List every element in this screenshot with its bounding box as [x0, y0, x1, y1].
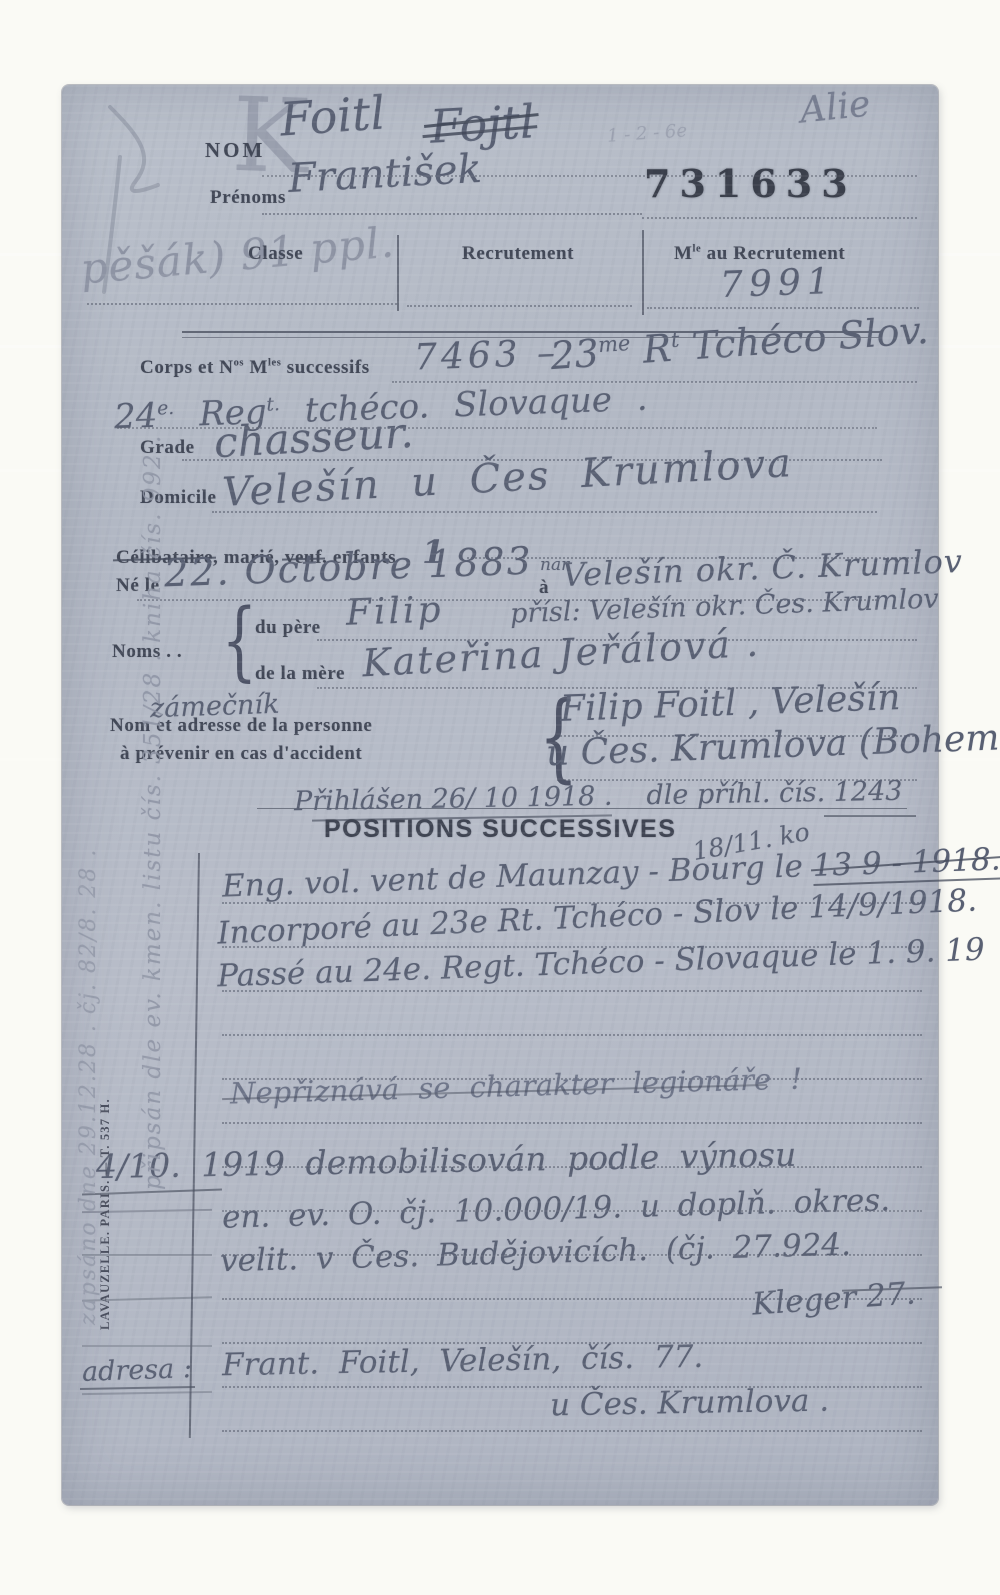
recrutement-label: Recrutement: [462, 243, 574, 265]
label-part: M: [244, 357, 268, 378]
label-part: successifs: [281, 357, 369, 378]
matricule-stamp: 731633: [644, 161, 857, 206]
entry-date-struck: 13 9 - 1918.: [812, 841, 1000, 886]
label-sup: les: [268, 358, 281, 369]
registration-note: Přihlášen 26/ 10 1918 .dle příhl. čís. 1…: [294, 776, 903, 818]
pere-value: Filip: [345, 589, 444, 633]
hw-part: Tchéco Slov.: [678, 308, 930, 369]
mere-label: de la mère: [255, 663, 345, 685]
signature: Kleger 27.: [751, 1275, 917, 1322]
demob-line-3: velit. v Čes. Budějovicích. (čj. 27.924.: [220, 1227, 852, 1280]
surname-struck: Fojtl: [429, 94, 536, 153]
ruled-line: [262, 213, 642, 215]
brace: {: [222, 591, 258, 691]
positions-successives-title: POSITIONS SUCCESSIVES: [324, 815, 676, 844]
label-part: M: [674, 243, 693, 264]
column-divider: [642, 230, 644, 315]
registration-number: dle příhl. čís. 1243: [646, 776, 903, 811]
column-divider: [397, 235, 399, 311]
record-card: K NOM Foitl Fojtl Alie 1 - 2 - 6e Prénom…: [62, 85, 938, 1505]
nom-label: NOM: [205, 138, 265, 163]
ruled-line: [222, 1430, 922, 1432]
ruled-line: [407, 305, 632, 307]
corps-regiment-handwritten: 23me Rt Tchéco Slov.: [549, 308, 930, 378]
label-sup: le: [693, 244, 702, 255]
corner-annotation: Alie: [798, 83, 872, 131]
hw-sup: me: [597, 331, 631, 357]
ruled-line: [642, 217, 917, 219]
classe-label: Classe: [248, 243, 303, 265]
label-sup: os: [234, 358, 244, 369]
firstname-handwritten: František: [287, 146, 483, 202]
prenoms-label: Prénoms: [210, 187, 286, 209]
margin-dash: [82, 1345, 212, 1347]
hand-underline: [824, 815, 916, 817]
hw-part: R: [629, 326, 673, 373]
adresa-label: adresa :: [81, 1353, 192, 1388]
pere-label: du père: [255, 617, 321, 639]
margin-dash: [82, 1391, 212, 1395]
adresa-value-1: Frant. Foitl, Velešín, čís. 77.: [222, 1339, 704, 1383]
demob-line-1: 4/10. 1919 demobilisován podle výnosu: [96, 1135, 797, 1186]
printer-mark: LAVAUZELLE. PARIS. — T. 537 H.: [98, 1085, 113, 1330]
ruled-line: [222, 1122, 922, 1124]
matricule-recrutement-value: 7991: [719, 261, 836, 306]
adresa-value-2: u Čes. Krumlova .: [550, 1383, 830, 1424]
ruled-line: [647, 307, 919, 309]
ruled-line: [392, 381, 917, 383]
ruled-line: [87, 303, 397, 305]
corps-label: Corps et Nos Mles successifs: [140, 357, 370, 379]
registration-date: Přihlášen 26/ 10 1918 .: [294, 781, 613, 818]
corps-number-handwritten: 7463 –: [413, 332, 559, 378]
ruled-line: [212, 511, 877, 513]
faint-pencil-note: 1 - 2 - 6e: [606, 120, 687, 147]
ruled-line: [222, 1034, 922, 1036]
surname-handwritten: Foitl: [278, 85, 387, 146]
hw-part: 23: [549, 331, 600, 378]
margin-note-inner: připsán dle ev. kmen. listu čís. 351/28 …: [140, 310, 166, 1190]
a-label: à: [539, 577, 549, 599]
hw-sup: t.: [266, 394, 280, 415]
